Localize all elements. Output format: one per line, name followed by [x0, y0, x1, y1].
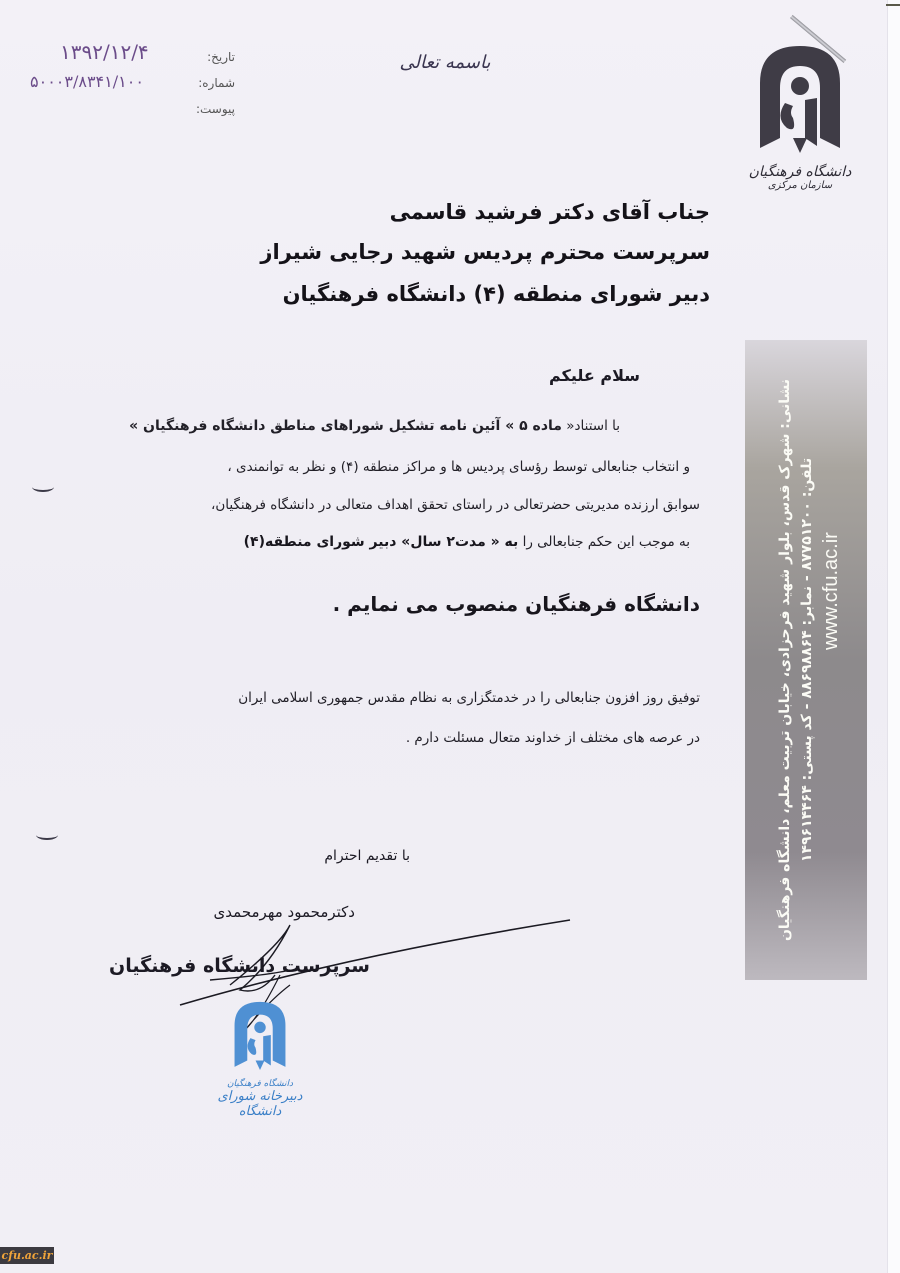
body-line-1-prefix: با استناد«	[566, 418, 620, 434]
council-stamp: دانشگاه فرهنگیان دبیرخانه شورای دانشگاه	[205, 995, 315, 1119]
body-line-4-prefix: به موجب این حکم جنابعالی را	[523, 534, 690, 550]
body-line-1: با استناد« ماده ۵ » آئین نامه تشکیل شورا…	[100, 418, 620, 434]
page-edge	[887, 0, 900, 1273]
greeting: سلام علیکم	[400, 366, 640, 385]
scan-artifact	[36, 830, 58, 840]
site-watermark: cfu.ac.ir	[0, 1247, 54, 1264]
logo-emblem-icon	[745, 38, 855, 158]
side-band: نشانی: شهرک قدس، بلوار شهید فرحزادی، خیا…	[745, 340, 867, 980]
body-line-4: به موجب این حکم جنابعالی را به « مدت۲ سا…	[90, 534, 690, 550]
addressee-position: سرپرست محترم پردیس شهید رجایی شیراز	[300, 240, 710, 264]
scan-artifact	[32, 482, 54, 492]
stamp-emblem-icon	[225, 995, 295, 1075]
invocation: باسمه تعالی	[395, 52, 495, 73]
body-line-1-bold: ماده ۵ » آئین نامه تشکیل شوراهای مناطق د…	[129, 418, 562, 434]
body-line-4-bold: به « مدت۲ سال» دبیر شورای منطقه(۴)	[244, 534, 519, 550]
attachment-label: پیوست:	[190, 102, 235, 116]
body-line-2: و انتخاب جنابعالی توسط رؤسای پردیس ها و …	[100, 459, 690, 475]
date-label: تاریخ:	[190, 50, 235, 64]
closing-line-2: در عرصه های مختلف از خداوند متعال مسئلت …	[110, 730, 700, 746]
body-line-3: سوابق ارزنده مدیریتی حضرتعالی در راستای …	[100, 497, 700, 513]
scan-artifact	[886, 4, 900, 6]
stamp-caption-1: دانشگاه فرهنگیان	[205, 1079, 315, 1089]
band-address: نشانی: شهرک قدس، بلوار شهید فرحزادی، خیا…	[774, 340, 796, 980]
addressee-role: دبیر شورای منطقه (۴) دانشگاه فرهنگیان	[300, 282, 710, 306]
logo-subtitle: سازمان مرکزی	[745, 180, 855, 191]
number-value: ۵۰۰۰۳/۸۳۴۱/۱۰۰	[30, 72, 144, 91]
addressee-name: جناب آقای دکتر فرشید قاسمی	[300, 200, 710, 224]
band-contact: تلفن: ۸۷۷۵۱۲۰۰ - نمابر: ۸۸۶۹۸۸۶۴ - کد پس…	[796, 340, 818, 980]
logo-title: دانشگاه فرهنگیان	[745, 164, 855, 180]
date-value: ۱۳۹۲/۱۲/۴	[60, 40, 149, 64]
regards: با تقدیم احترام	[250, 848, 410, 864]
number-label: شماره:	[190, 76, 235, 90]
body-line-5: دانشگاه فرهنگیان منصوب می نمایم .	[380, 592, 700, 616]
closing-line-1: توفیق روز افزون جنابعالی را در خدمتگزاری…	[110, 690, 700, 706]
university-logo: دانشگاه فرهنگیان سازمان مرکزی	[745, 38, 855, 191]
band-website: www.cfu.ac.ir	[818, 340, 844, 980]
stamp-caption-2: دبیرخانه شورای دانشگاه	[205, 1089, 315, 1119]
